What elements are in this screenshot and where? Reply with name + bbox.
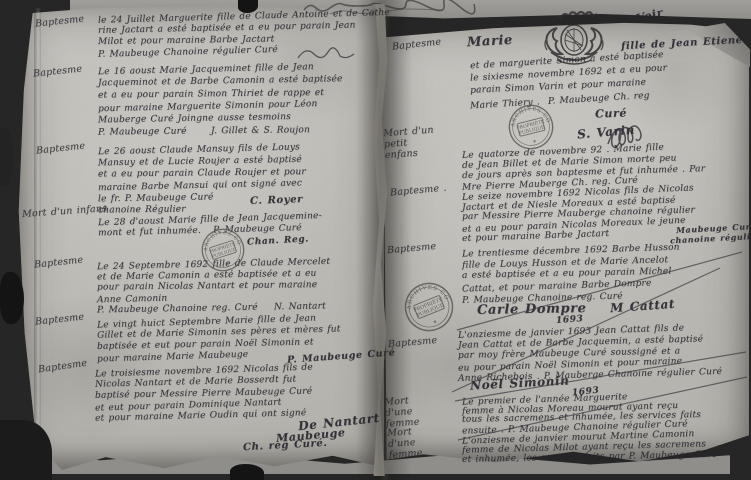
torn-edge	[0, 272, 24, 324]
torn-edge	[230, 464, 264, 480]
entry-label: Mort d'une femme	[387, 425, 443, 461]
svg-text:✶: ✶	[532, 139, 538, 146]
torn-edge	[0, 128, 13, 186]
entry-first-name: Marie	[467, 34, 513, 49]
entry-label: Mort d'un petit enfans	[383, 125, 445, 162]
entry-first-cure: Curé	[595, 107, 627, 119]
scanned-register-spread: Baptesmele 24 Juillet Marguerite fille d…	[0, 0, 751, 480]
signature-royer: C. Royer	[250, 195, 303, 207]
date-1693-a: 1693	[556, 315, 584, 326]
svg-text:✶: ✶	[225, 261, 231, 268]
